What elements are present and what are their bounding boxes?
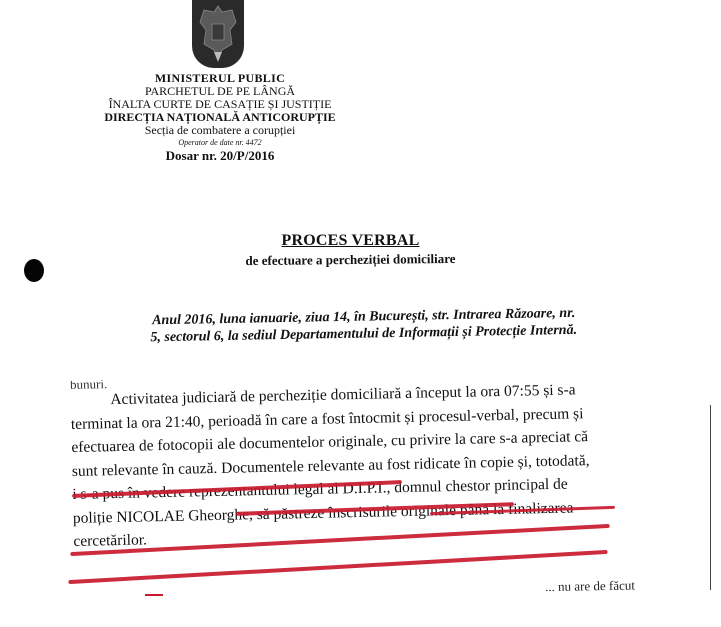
- document-title: PROCES VERBAL de efectuare a percheziție…: [0, 232, 711, 268]
- institution-header: MINISTERUL PUBLIC PARCHETUL DE PE LÂNGĂ …: [100, 72, 340, 163]
- intro-paragraph: Anul 2016, luna ianuarie, ziua 14, în Bu…: [110, 304, 651, 347]
- partial-line: ... nu are de făcut observații: [545, 577, 680, 591]
- red-mark: [145, 594, 163, 596]
- header-section: Secția de combatere a corupției: [100, 124, 340, 137]
- excerpt-paragraph: bunuri. Activitatea judiciară de perchez…: [70, 369, 633, 553]
- header-case-number: Dosar nr. 20/P/2016: [100, 148, 340, 163]
- title-subtitle: de efectuare a percheziției domiciliare: [0, 248, 711, 272]
- coat-of-arms-emblem: [192, 0, 244, 68]
- header-data-operator: Operator de date nr. 4472: [100, 137, 340, 148]
- title-main: PROCES VERBAL: [0, 232, 711, 250]
- margin-line: [710, 405, 711, 590]
- document-excerpt: bunuri. Activitatea judiciară de perchez…: [40, 375, 680, 627]
- red-underline: [68, 550, 607, 584]
- eagle-icon: [192, 0, 244, 68]
